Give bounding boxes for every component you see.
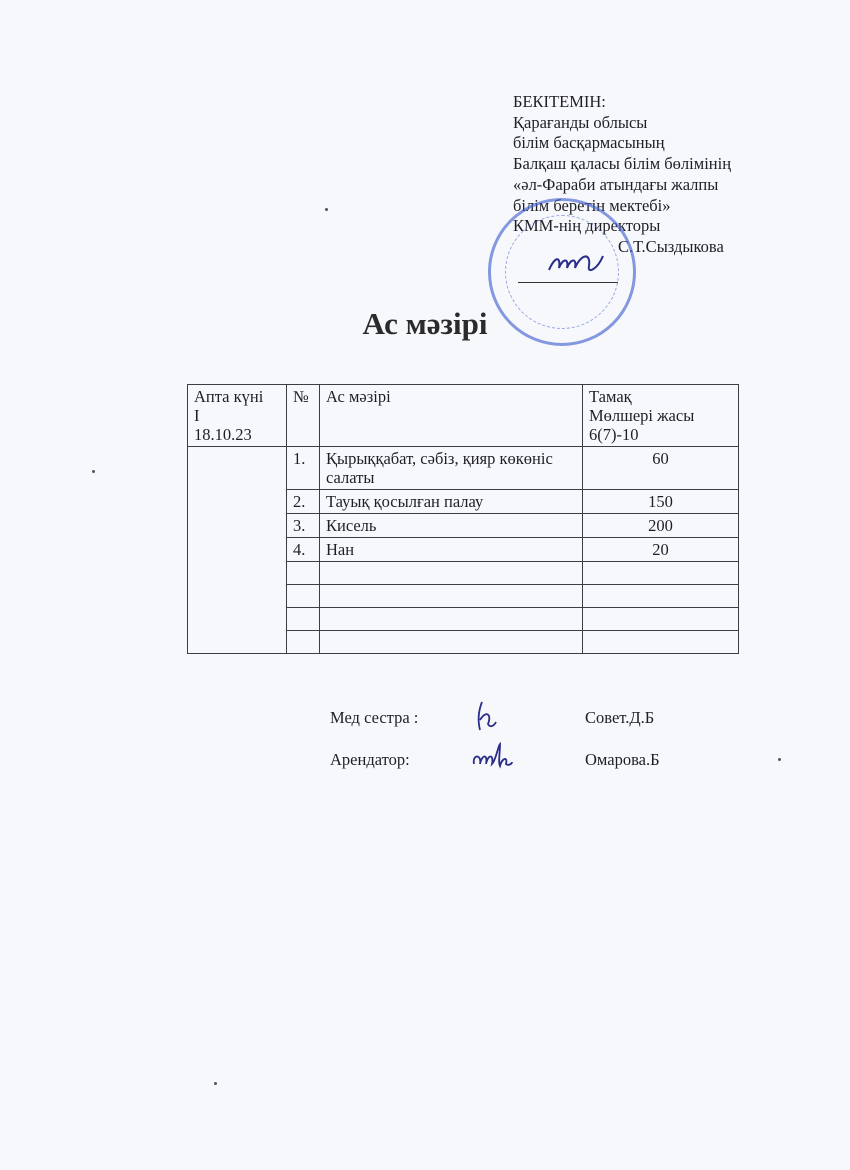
- row-amount: 150: [583, 490, 739, 514]
- row-number: 4.: [287, 538, 320, 562]
- speck: [214, 1082, 217, 1085]
- row-number: 2.: [287, 490, 320, 514]
- row-dish: Кисель: [320, 514, 583, 538]
- empty-cell: [320, 631, 583, 654]
- speck: [92, 470, 95, 473]
- empty-cell: [583, 585, 739, 608]
- row-number: 3.: [287, 514, 320, 538]
- approval-line: «әл-Фараби атындағы жалпы: [513, 175, 731, 196]
- row-amount: 200: [583, 514, 739, 538]
- header-portion: Тамақ Мөлшері жасы 6(7)-10: [583, 385, 739, 447]
- director-signature-icon: [545, 250, 605, 276]
- approval-line: БЕКІТЕМІН:: [513, 92, 731, 113]
- nurse-name: Совет.Д.Б: [585, 708, 654, 728]
- header-number: №: [287, 385, 320, 447]
- header-day: Апта күні I 18.10.23: [188, 385, 287, 447]
- page-title: Ас мәзірі: [0, 306, 850, 342]
- header-portion-line: Мөлшері жасы: [589, 406, 732, 425]
- table-row: 1. Қырыққабат, сәбіз, қияр көкөніс салат…: [188, 447, 739, 490]
- empty-cell: [320, 585, 583, 608]
- day-cell: [188, 447, 287, 654]
- tenant-signature-icon: [470, 740, 514, 774]
- approval-line: білім басқармасының: [513, 133, 731, 154]
- nurse-role: Мед сестра :: [330, 708, 418, 728]
- empty-cell: [583, 562, 739, 585]
- header-portion-line: Тамақ: [589, 387, 732, 406]
- empty-cell: [320, 608, 583, 631]
- speck: [325, 208, 328, 211]
- empty-cell: [287, 631, 320, 654]
- header-date: 18.10.23: [194, 425, 280, 444]
- speck: [778, 758, 781, 761]
- approval-line: Қарағанды облысы: [513, 113, 731, 134]
- empty-cell: [320, 562, 583, 585]
- row-dish: Нан: [320, 538, 583, 562]
- empty-cell: [287, 608, 320, 631]
- row-dish: Тауық қосылған палау: [320, 490, 583, 514]
- nurse-signature-icon: [470, 698, 500, 732]
- row-amount: 60: [583, 447, 739, 490]
- header-menu: Ас мәзірі: [320, 385, 583, 447]
- menu-table: Апта күні I 18.10.23 № Ас мәзірі Тамақ М…: [187, 384, 739, 654]
- header-day-number: I: [194, 406, 280, 425]
- table-header-row: Апта күні I 18.10.23 № Ас мәзірі Тамақ М…: [188, 385, 739, 447]
- header-day-label: Апта күні: [194, 387, 280, 406]
- approval-line: Балқаш қаласы білім бөлімінің: [513, 154, 731, 175]
- row-dish: Қырыққабат, сәбіз, қияр көкөніс салаты: [320, 447, 583, 490]
- empty-cell: [583, 608, 739, 631]
- row-number: 1.: [287, 447, 320, 490]
- empty-cell: [583, 631, 739, 654]
- row-amount: 20: [583, 538, 739, 562]
- signature-line: [518, 282, 618, 283]
- empty-cell: [287, 585, 320, 608]
- header-portion-line: 6(7)-10: [589, 425, 732, 444]
- tenant-role: Арендатор:: [330, 750, 410, 770]
- empty-cell: [287, 562, 320, 585]
- tenant-name: Омарова.Б: [585, 750, 660, 770]
